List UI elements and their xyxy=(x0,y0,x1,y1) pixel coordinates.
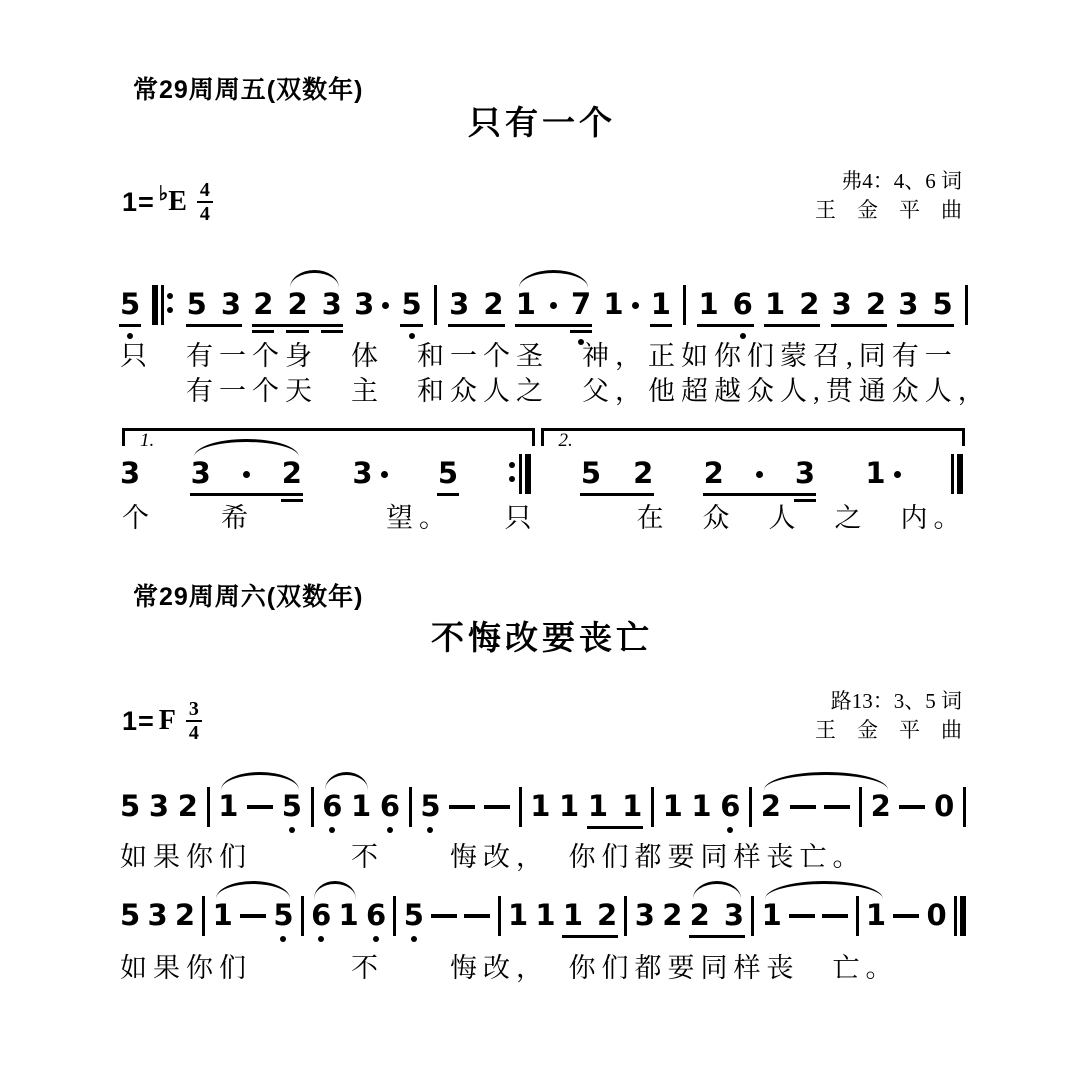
note-number: 2 xyxy=(761,789,781,823)
note-number: 0 xyxy=(927,898,947,932)
octave-dot xyxy=(727,827,733,833)
note-number: 1 xyxy=(508,898,528,932)
note-number: 1 xyxy=(339,898,359,932)
note: 5 xyxy=(120,287,140,321)
note-number: 5 xyxy=(401,287,421,321)
note-number: 2 xyxy=(178,789,198,823)
note-number: 5 xyxy=(187,287,207,321)
lyric-line-2: 个 希 望。 只 在 众 人 之 内。 xyxy=(122,496,967,535)
time-signature-2: 3 4 xyxy=(186,698,202,744)
beam xyxy=(697,324,753,327)
aug-dot xyxy=(550,287,557,321)
note: 2 xyxy=(799,287,819,321)
note-number: 1 xyxy=(603,287,623,321)
note-number: 1 xyxy=(559,789,579,823)
final-barline xyxy=(954,896,966,936)
octave-dot xyxy=(329,827,335,833)
note-number: 2 xyxy=(704,456,724,490)
flat-sign-1: ♭ xyxy=(159,181,168,206)
note: 1 xyxy=(603,287,638,321)
dash-note xyxy=(790,805,816,809)
lyric-line-1-verse-1: 只 有一个身 体 和一个圣 神，正如你们蒙召,同有一 xyxy=(120,334,958,373)
note: 1 xyxy=(866,898,886,932)
credits-2: 路13：3、5 词 王 金 平 曲 xyxy=(815,687,962,745)
note: 1 xyxy=(218,789,238,823)
beam-group: 23 xyxy=(704,456,815,490)
underline xyxy=(119,324,141,327)
note-number: 2 xyxy=(799,287,819,321)
note-number: 3 xyxy=(795,456,815,490)
note: 3 xyxy=(352,456,387,490)
dash-note xyxy=(247,805,273,809)
key-letter-2: F xyxy=(159,705,176,737)
beam-group: 32 xyxy=(832,287,886,321)
rest-note: 0 xyxy=(934,789,954,823)
note: 5 xyxy=(187,287,207,321)
note: 1 xyxy=(351,789,371,823)
aug-dot xyxy=(756,456,763,490)
slur xyxy=(693,881,741,899)
beam-group: 32 xyxy=(449,287,503,321)
note: 2 xyxy=(761,789,781,823)
note-number: 1 xyxy=(213,898,233,932)
note-number: 2 xyxy=(690,898,710,932)
note-number: 6 xyxy=(380,789,400,823)
beam xyxy=(764,324,820,327)
lyricist-credit-2: 路13：3、5 词 xyxy=(815,687,962,716)
note-number: 2 xyxy=(871,789,891,823)
underline xyxy=(570,330,592,333)
beam-group: 52 xyxy=(581,456,653,490)
note-number: 1 xyxy=(691,789,711,823)
note: 3 xyxy=(832,287,852,321)
dash-note xyxy=(824,805,850,809)
note-number: 3 xyxy=(322,287,342,321)
aug-dot xyxy=(632,302,639,309)
note-number: 5 xyxy=(282,789,302,823)
octave-dot xyxy=(387,827,393,833)
note-number: 6 xyxy=(322,789,342,823)
note-number: 2 xyxy=(597,898,617,932)
aug-dot xyxy=(382,302,389,309)
underline xyxy=(400,324,422,327)
note: 3 xyxy=(724,898,744,932)
note: 2 xyxy=(178,789,198,823)
note: 2 xyxy=(633,456,653,490)
note: 1 xyxy=(765,287,785,321)
octave-dot xyxy=(373,936,379,942)
note: 5 xyxy=(273,898,293,932)
octave-dot xyxy=(427,827,433,833)
barline xyxy=(311,787,314,827)
note-number: 5 xyxy=(581,456,601,490)
beam-group: 11 xyxy=(588,789,642,823)
volta-bracket xyxy=(122,428,535,446)
repeat-dots xyxy=(509,454,516,494)
key-signature-2: 1=F 3 4 xyxy=(122,699,202,743)
lyric-line-4: 如果你们 不 悔改， 你们都要同样丧 亡。 xyxy=(120,946,899,985)
note: 1 xyxy=(588,789,608,823)
note-number: 3 xyxy=(147,898,167,932)
slur xyxy=(325,772,368,790)
barline xyxy=(749,787,752,827)
barline xyxy=(651,787,654,827)
lyric-line-1-verse-2: 有一个天 主 和众人之 父，他超越众人,贯通众人， xyxy=(120,369,991,408)
note-number: 3 xyxy=(354,287,374,321)
beam-group: 32 xyxy=(191,456,302,490)
slur xyxy=(519,270,588,288)
barline xyxy=(963,787,966,827)
note-number: 1 xyxy=(530,789,550,823)
note: 5 xyxy=(420,789,440,823)
beam-group: 17 xyxy=(516,287,591,321)
note: 1 xyxy=(622,789,642,823)
note: 1 xyxy=(508,898,528,932)
note-number: 3 xyxy=(449,287,469,321)
note: 5 xyxy=(404,898,424,932)
lyricist-credit-1: 弗4：4、6 词 xyxy=(815,167,962,196)
dash-note xyxy=(822,914,848,918)
note: 3 xyxy=(221,287,241,321)
note-number: 2 xyxy=(282,456,302,490)
note-number: 5 xyxy=(420,789,440,823)
dash-note xyxy=(449,805,475,809)
volta-label: 1. xyxy=(140,430,154,452)
meter-top-2: 3 xyxy=(186,698,202,722)
note-number: 6 xyxy=(720,789,740,823)
octave-dot xyxy=(280,936,286,942)
beam xyxy=(831,324,887,327)
note: 5 xyxy=(282,789,302,823)
slur xyxy=(314,881,356,899)
beam-group: 12 xyxy=(563,898,617,932)
meter-bottom-1: 4 xyxy=(197,203,213,225)
note-number: 2 xyxy=(175,898,195,932)
beam xyxy=(897,324,953,327)
repeat-dots xyxy=(167,285,174,325)
dash-note xyxy=(899,805,925,809)
end-repeat-barline xyxy=(509,454,531,494)
note: 3 xyxy=(354,287,389,321)
key-prefix-1: 1= xyxy=(122,187,155,218)
note: 2 xyxy=(690,898,710,932)
note-number: 2 xyxy=(483,287,503,321)
octave-dot xyxy=(318,936,324,942)
note-number: 1 xyxy=(865,456,885,490)
note: 2 xyxy=(483,287,503,321)
volta-bracket xyxy=(541,428,966,446)
beam xyxy=(689,935,745,938)
beam-group: 12 xyxy=(765,287,819,321)
note-number: 2 xyxy=(662,898,682,932)
note-number: 3 xyxy=(898,287,918,321)
slur xyxy=(290,270,338,288)
note-number: 3 xyxy=(191,456,211,490)
key-prefix-2: 1= xyxy=(122,706,155,737)
note: 5 xyxy=(120,789,140,823)
note-number: 5 xyxy=(404,898,424,932)
underline xyxy=(650,324,672,327)
barline xyxy=(409,787,412,827)
note-number: 5 xyxy=(438,456,458,490)
barline xyxy=(202,896,205,936)
note-number: 1 xyxy=(351,789,371,823)
note-number: 1 xyxy=(663,789,683,823)
underline xyxy=(321,330,343,333)
note: 1 xyxy=(651,287,671,321)
note-number: 6 xyxy=(733,287,753,321)
barline xyxy=(498,896,501,936)
note: 2 xyxy=(597,898,617,932)
note: 3 xyxy=(449,287,469,321)
note-number: 2 xyxy=(633,456,653,490)
note-number: 3 xyxy=(635,898,655,932)
note-number: 3 xyxy=(724,898,744,932)
dash-note xyxy=(240,914,266,918)
song-title-1: 只有一个 xyxy=(0,97,1084,144)
beam-group: 223 xyxy=(253,287,342,321)
note: 2 xyxy=(866,287,886,321)
note: 2 xyxy=(662,898,682,932)
meter-top-1: 4 xyxy=(197,179,213,203)
note: 1 xyxy=(559,789,579,823)
dash-note xyxy=(893,914,919,918)
composer-credit-1: 王 金 平 曲 xyxy=(815,196,962,225)
beam xyxy=(186,324,242,327)
beam-group: 16 xyxy=(698,287,752,321)
note: 2 xyxy=(175,898,195,932)
note-number: 1 xyxy=(516,287,536,321)
dash-note xyxy=(431,914,457,918)
note: 1 xyxy=(691,789,711,823)
dash-note xyxy=(464,914,490,918)
note-number: 0 xyxy=(934,789,954,823)
dash-note xyxy=(789,914,815,918)
barline xyxy=(207,787,210,827)
note: 6 xyxy=(380,789,400,823)
note-number: 2 xyxy=(287,287,307,321)
note: 1 xyxy=(762,898,782,932)
note: 6 xyxy=(311,898,331,932)
octave-dot xyxy=(289,827,295,833)
slur xyxy=(216,881,291,899)
note-number: 3 xyxy=(221,287,241,321)
slur xyxy=(765,881,883,899)
note: 6 xyxy=(720,789,740,823)
slur xyxy=(221,772,299,790)
note: 3 xyxy=(635,898,655,932)
note-number: 5 xyxy=(120,898,140,932)
beam xyxy=(515,324,592,327)
slur xyxy=(764,772,888,790)
note: 1 xyxy=(213,898,233,932)
note: 3 xyxy=(898,287,918,321)
meter-bottom-2: 4 xyxy=(186,722,202,744)
note: 6 xyxy=(733,287,753,321)
note: 2 xyxy=(282,456,302,490)
section-label-2: 常29周周六(双数年) xyxy=(133,577,363,613)
beam xyxy=(587,826,643,829)
beam xyxy=(562,935,618,938)
song-title-2: 不悔改要丧亡 xyxy=(0,612,1084,659)
final-barline xyxy=(951,454,963,494)
note: 3 xyxy=(149,789,169,823)
credits-1: 弗4：4、6 词 王 金 平 曲 xyxy=(815,167,962,225)
barline xyxy=(965,285,968,325)
barline xyxy=(683,285,686,325)
note-number: 5 xyxy=(120,287,140,321)
barline xyxy=(519,787,522,827)
note: 5 xyxy=(438,456,458,490)
beam xyxy=(252,324,343,327)
note-number: 1 xyxy=(866,898,886,932)
barline xyxy=(301,896,304,936)
note-number: 5 xyxy=(273,898,293,932)
beam-group: 23 xyxy=(690,898,744,932)
note-number: 1 xyxy=(698,287,718,321)
note: 6 xyxy=(322,789,342,823)
note-number: 2 xyxy=(253,287,273,321)
note: 5 xyxy=(581,456,601,490)
note-number: 5 xyxy=(120,789,140,823)
note: 7 xyxy=(571,287,591,321)
note: 2 xyxy=(704,456,724,490)
barline xyxy=(859,787,862,827)
note-number: 1 xyxy=(762,898,782,932)
barline xyxy=(434,285,437,325)
note-number: 3 xyxy=(120,456,140,490)
note-number: 3 xyxy=(352,456,372,490)
barline xyxy=(751,896,754,936)
note-number: 2 xyxy=(866,287,886,321)
note-number: 6 xyxy=(311,898,331,932)
note: 1 xyxy=(535,898,555,932)
barline xyxy=(856,896,859,936)
beam-group: 35 xyxy=(898,287,952,321)
note: 5 xyxy=(120,898,140,932)
note-number: 6 xyxy=(366,898,386,932)
key-letter-1: E xyxy=(168,186,187,218)
volta-label: 2. xyxy=(559,430,573,452)
note: 3 xyxy=(120,456,140,490)
aug-dot xyxy=(243,456,250,490)
sheet-music-page: 常29周周五(双数年) 只有一个 弗4：4、6 词 王 金 平 曲 1=♭E 4… xyxy=(0,0,1084,1069)
note: 1 xyxy=(530,789,550,823)
note: 1 xyxy=(516,287,536,321)
note: 1 xyxy=(339,898,359,932)
note: 5 xyxy=(932,287,952,321)
note: 3 xyxy=(322,287,342,321)
barline xyxy=(624,896,627,936)
note: 1 xyxy=(563,898,583,932)
underline xyxy=(286,330,308,333)
note: 1 xyxy=(698,287,718,321)
note-number: 7 xyxy=(571,287,591,321)
note-number: 1 xyxy=(765,287,785,321)
dash-note xyxy=(484,805,510,809)
note: 3 xyxy=(147,898,167,932)
note-number: 1 xyxy=(588,789,608,823)
lyric-line-3: 如果你们 不 悔改， 你们都要同样丧亡。 xyxy=(120,835,866,874)
underline xyxy=(252,330,274,333)
barline xyxy=(393,896,396,936)
note: 6 xyxy=(366,898,386,932)
note: 2 xyxy=(287,287,307,321)
note-number: 3 xyxy=(149,789,169,823)
note: 1 xyxy=(865,456,900,490)
note: 1 xyxy=(663,789,683,823)
rest-note: 0 xyxy=(927,898,947,932)
aug-dot xyxy=(894,471,901,478)
beam-group: 53 xyxy=(187,287,241,321)
note-number: 1 xyxy=(622,789,642,823)
composer-credit-2: 王 金 平 曲 xyxy=(815,716,962,745)
begin-repeat-barline xyxy=(152,285,174,325)
note: 2 xyxy=(253,287,273,321)
time-signature-1: 4 4 xyxy=(197,179,213,225)
note-number: 1 xyxy=(563,898,583,932)
note-number: 1 xyxy=(218,789,238,823)
note: 3 xyxy=(795,456,815,490)
key-signature-1: 1=♭E 4 4 xyxy=(122,180,213,224)
note-number: 5 xyxy=(932,287,952,321)
note: 2 xyxy=(871,789,891,823)
note: 3 xyxy=(191,456,211,490)
beam xyxy=(448,324,504,327)
aug-dot xyxy=(381,471,388,478)
octave-dot xyxy=(411,936,417,942)
note: 5 xyxy=(401,287,421,321)
note-number: 3 xyxy=(832,287,852,321)
note-number: 1 xyxy=(651,287,671,321)
note-number: 1 xyxy=(535,898,555,932)
